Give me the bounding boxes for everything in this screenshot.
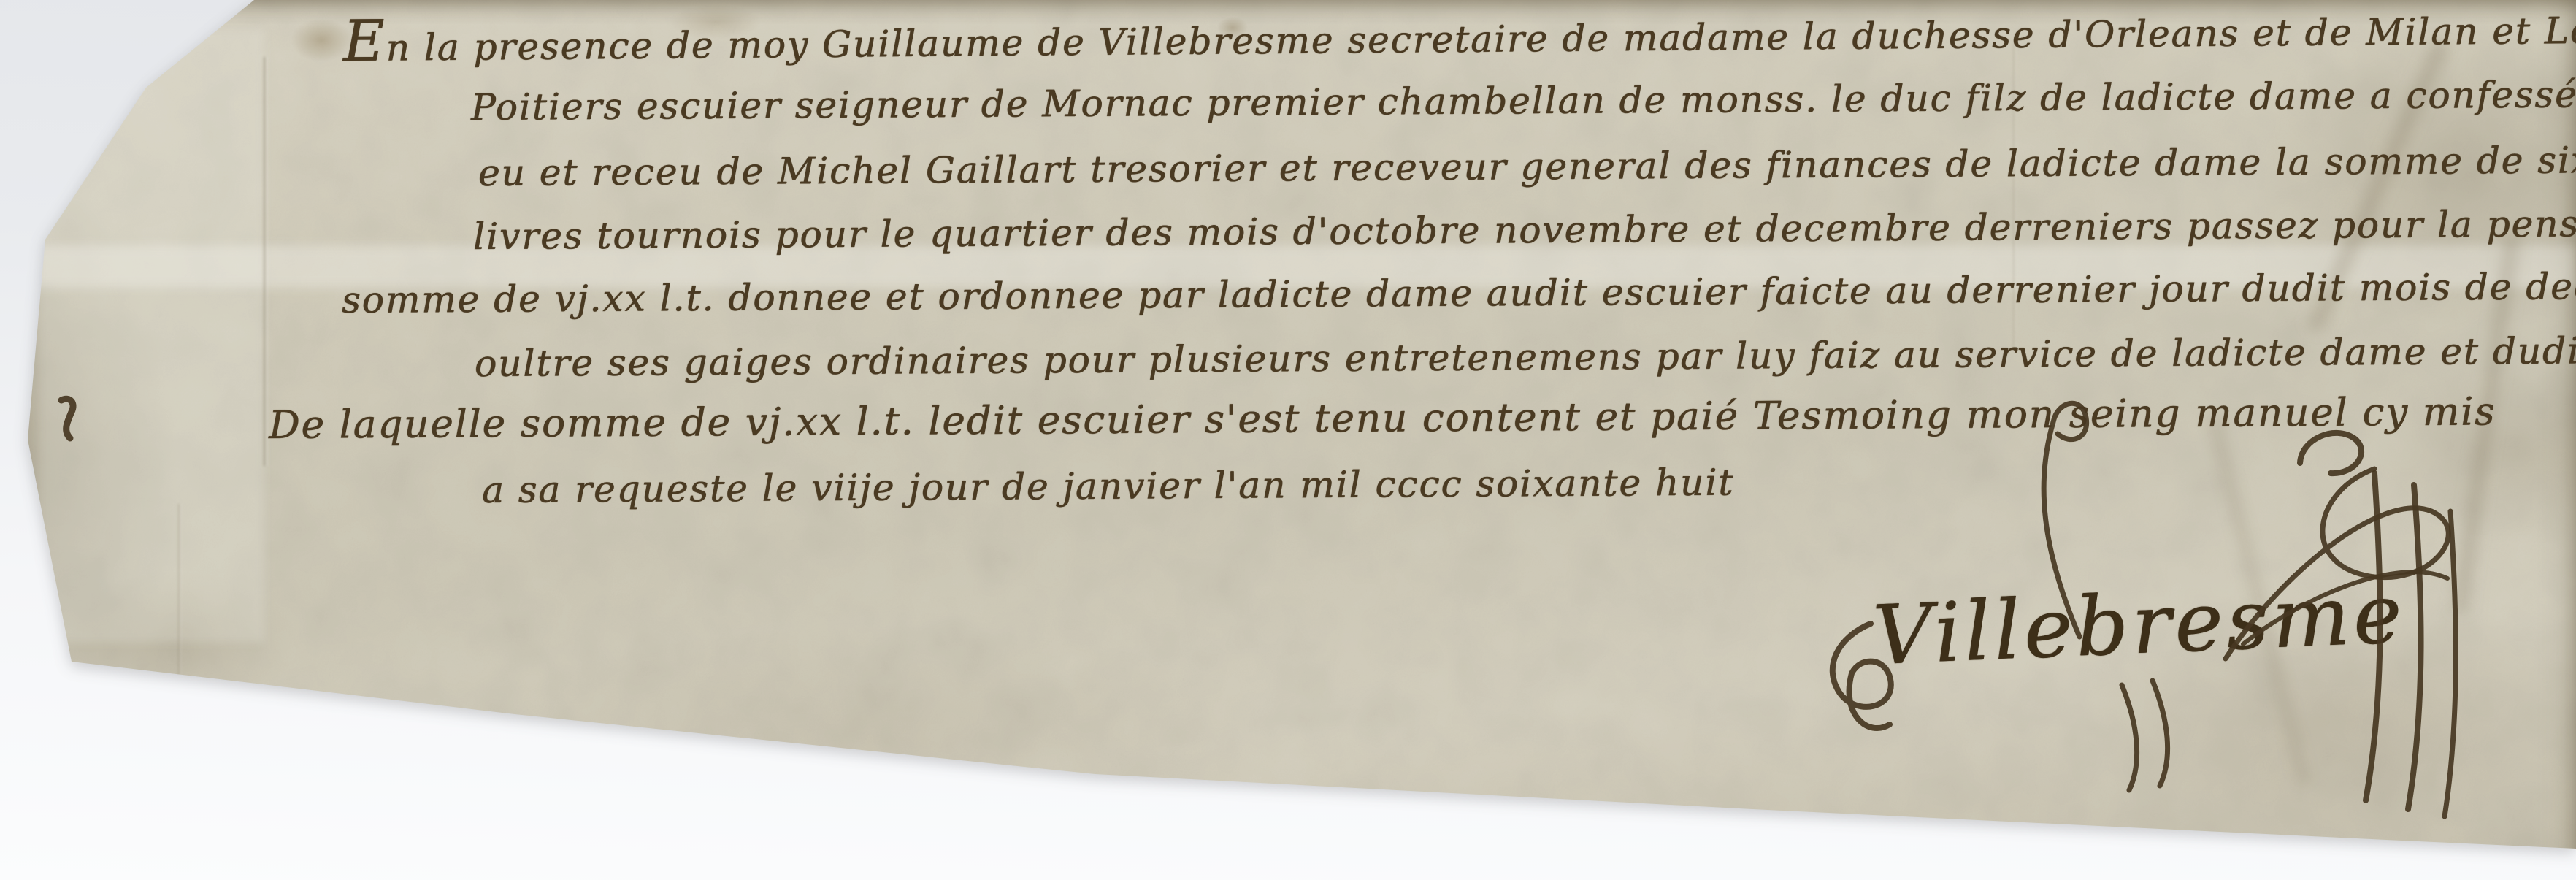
manuscript-line-2: Poitiers escuier seigneur de Mornac prem… — [471, 75, 2576, 126]
parchment: En la presence de moy Guillaume de Ville… — [0, 0, 2576, 880]
manuscript-line-8: a sa requeste le viije jour de janvier l… — [482, 464, 1735, 508]
parchment-fold-highlight — [38, 29, 264, 643]
manuscript-line-1: En la presence de moy Guillaume de Ville… — [343, 4, 2576, 66]
vertical-crease — [263, 57, 268, 466]
manuscript-line-3: eu et receu de Michel Gaillart tresorier… — [478, 141, 2576, 191]
manuscript-line-6: oultre ses gaiges ordinaires pour plusie… — [475, 332, 2576, 382]
manuscript-line-7: De laquelle somme de vj.xx l.t. ledit es… — [269, 392, 2496, 445]
parchment-shadow: En la presence de moy Guillaume de Ville… — [0, 0, 2576, 880]
photo-of-manuscript: En la presence de moy Guillaume de Ville… — [0, 0, 2576, 880]
vertical-crease — [177, 504, 182, 745]
signature-name: Villebresme — [1871, 573, 2407, 677]
